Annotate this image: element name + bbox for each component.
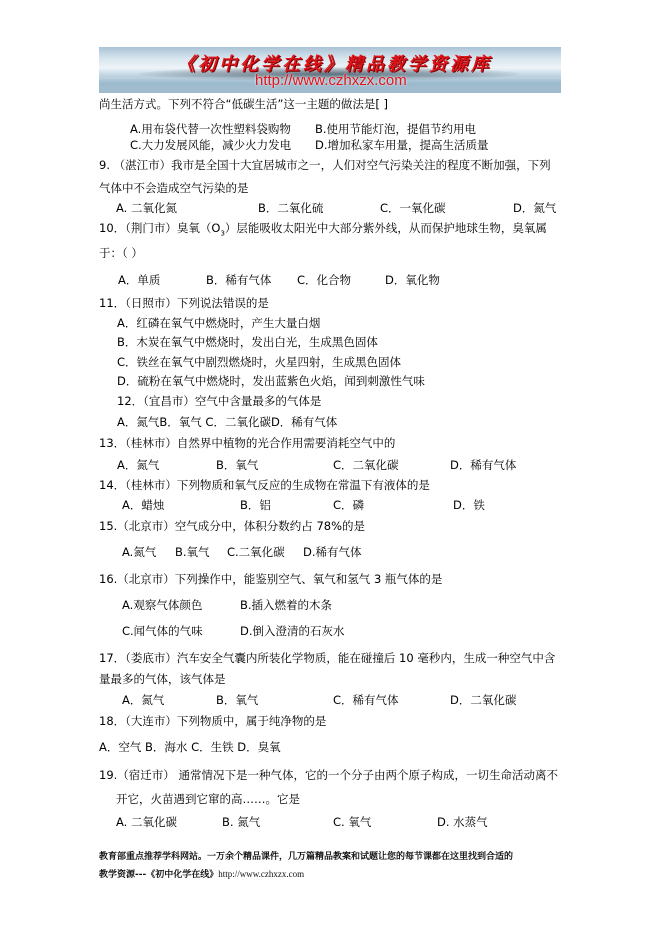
q9-option-c: C．一氧化碳 [380, 201, 446, 215]
q9-stem-line1: 9. （湛江市）我市是全国十大宜居城市之一，人们对空气污染关注的程度不断加强，下… [99, 158, 551, 172]
q10-option-a: A．单质 [118, 273, 160, 287]
q17-option-b: B．氧气 [216, 693, 258, 707]
q15-stem: 15.（北京市）空气成分中，体积分数约占 78%的是 [99, 519, 365, 533]
q13-option-b: B．氧气 [216, 458, 258, 472]
q8-option-a: A.用布袋代替一次性塑料袋购物 [130, 122, 291, 136]
q19-option-b: B. 氮气 [222, 815, 260, 829]
header-banner: 《初中化学在线》精品教学资源库 http://www.czhxzx.com [99, 47, 561, 93]
q11-option-c: C．铁丝在氧气中剧烈燃烧时，火星四射，生成黑色固体 [117, 355, 401, 369]
q10-option-d: D．氧化物 [385, 273, 440, 287]
q9-option-b: B．二氧化硫 [258, 201, 323, 215]
q13-stem: 13．（桂林市）自然界中植物的光合作用需要消耗空气中的 [99, 436, 395, 450]
q16-option-c: C.闻气体的气味 [122, 624, 203, 638]
q18-stem: 18．（大连市）下列物质中，属于纯净物的是 [99, 714, 326, 728]
q19-stem-line1: 19.（宿迁市） 通常情况下是一种气体，它的一个分子由两个原子构成，一切生命活动… [99, 768, 558, 782]
q17-option-d: D．二氧化碳 [450, 693, 516, 707]
q8-stem: 尚生活方式。下列不符合“低碳生活”这一主题的做法是[ ] [99, 97, 388, 111]
q9-stem-line2: 气体中不会造成空气污染的是 [99, 181, 249, 195]
q11-stem: 11．（日照市）下列说法错误的是 [99, 296, 269, 310]
q19-option-d: D. 水蒸气 [437, 815, 488, 829]
q11-option-a: A．红磷在氧气中燃烧时，产生大量白烟 [117, 316, 320, 330]
q10-stem-line2: 于：（ ） [99, 246, 143, 260]
q10-option-c: C．化合物 [297, 273, 351, 287]
q15-option-b: B.氧气 [175, 545, 210, 559]
q10-stem-pre: 10．（荆门市）臭氧（O [99, 221, 220, 235]
q19-option-a: A. 二氧化碳 [116, 815, 177, 829]
q8-option-c: C.大力发展风能，减少火力发电 [130, 138, 291, 152]
q13-option-c: C．二氧化碳 [333, 458, 399, 472]
footer-line2: 教学资源---《初中化学在线》http://www.czhxzx.com [99, 868, 304, 881]
q16-stem: 16.（北京市）下列操作中，能鉴别空气、氧气和氢气 3 瓶气体的是 [99, 572, 442, 586]
q14-option-d: D．铁 [453, 498, 485, 512]
q11-option-b: B．木炭在氧气中燃烧时，发出白光，生成黑色固体 [117, 335, 378, 349]
q15-option-a: A.氮气 [122, 545, 156, 559]
q17-option-a: A．氮气 [122, 693, 164, 707]
q9-option-d: D．氮气 [513, 201, 556, 215]
q16-option-b: B.插入燃着的木条 [240, 598, 332, 612]
q14-option-a: A．蜡烛 [122, 498, 164, 512]
q14-stem: 14．（桂林市）下列物质和氧气反应的生成物在常温下有液体的是 [99, 478, 430, 492]
q15-option-d: D.稀有气体 [303, 545, 362, 559]
q14-option-b: B．铝 [240, 498, 271, 512]
footer-line1: 教育部重点推荐学科网站。一万余个精品课件，几万篇精品教案和试题让您的每节课都在这… [99, 851, 513, 863]
q14-option-c: C．磷 [333, 498, 364, 512]
banner-url: http://www.czhxzx.com [255, 72, 407, 89]
q12-options: A．氮气B．氧气 C．二氧化碳D．稀有气体 [117, 415, 337, 429]
q8-option-b: B.使用节能灯泡，提倡节约用电 [315, 122, 476, 136]
q9-option-a: A. 二氧化氮 [116, 201, 177, 215]
q8-option-d: D.增加私家车用量，提高生活质量 [315, 138, 489, 152]
q16-option-d: D.倒入澄清的石灰水 [240, 624, 345, 638]
q17-stem-line1: 17．（娄底市）汽车安全气囊内所装化学物质，能在碰撞后 10 毫秒内，生成一种空… [99, 651, 555, 665]
footer-url-link[interactable]: http://www.czhxzx.com [218, 869, 304, 879]
q16-option-a: A.观察气体颜色 [122, 598, 202, 612]
q12-stem: 12．（宜昌市）空气中含量最多的气体是 [117, 394, 321, 408]
q10-stem-line1: 10．（荆门市）臭氧（O3）层能吸收太阳光中大部分紫外线，从而保护地球生物，臭氧… [99, 221, 547, 240]
q17-option-c: C．稀有气体 [333, 693, 399, 707]
q19-stem-line2: 开它，火苗遇到它窜的高……。它是 [116, 792, 300, 806]
q15-option-c: C.二氧化碳 [227, 545, 285, 559]
q19-option-c: C. 氧气 [333, 815, 371, 829]
footer-site-text: 教学资源---《初中化学在线》 [99, 870, 218, 880]
q13-option-a: A．氮气 [117, 458, 159, 472]
q13-option-d: D．稀有气体 [450, 458, 516, 472]
q11-option-d: D．硫粉在氧气中燃烧时，发出蓝紫色火焰，闻到刺激性气味 [117, 374, 425, 388]
q10-option-b: B．稀有气体 [206, 273, 271, 287]
q17-stem-line2: 量最多的气体，该气体是 [99, 672, 226, 686]
q18-options: A．空气 B．海水 C．生铁 D．臭氧 [99, 740, 281, 754]
q10-stem-post: ）层能吸收太阳光中大部分紫外线，从而保护地球生物，臭氧属 [225, 221, 547, 235]
